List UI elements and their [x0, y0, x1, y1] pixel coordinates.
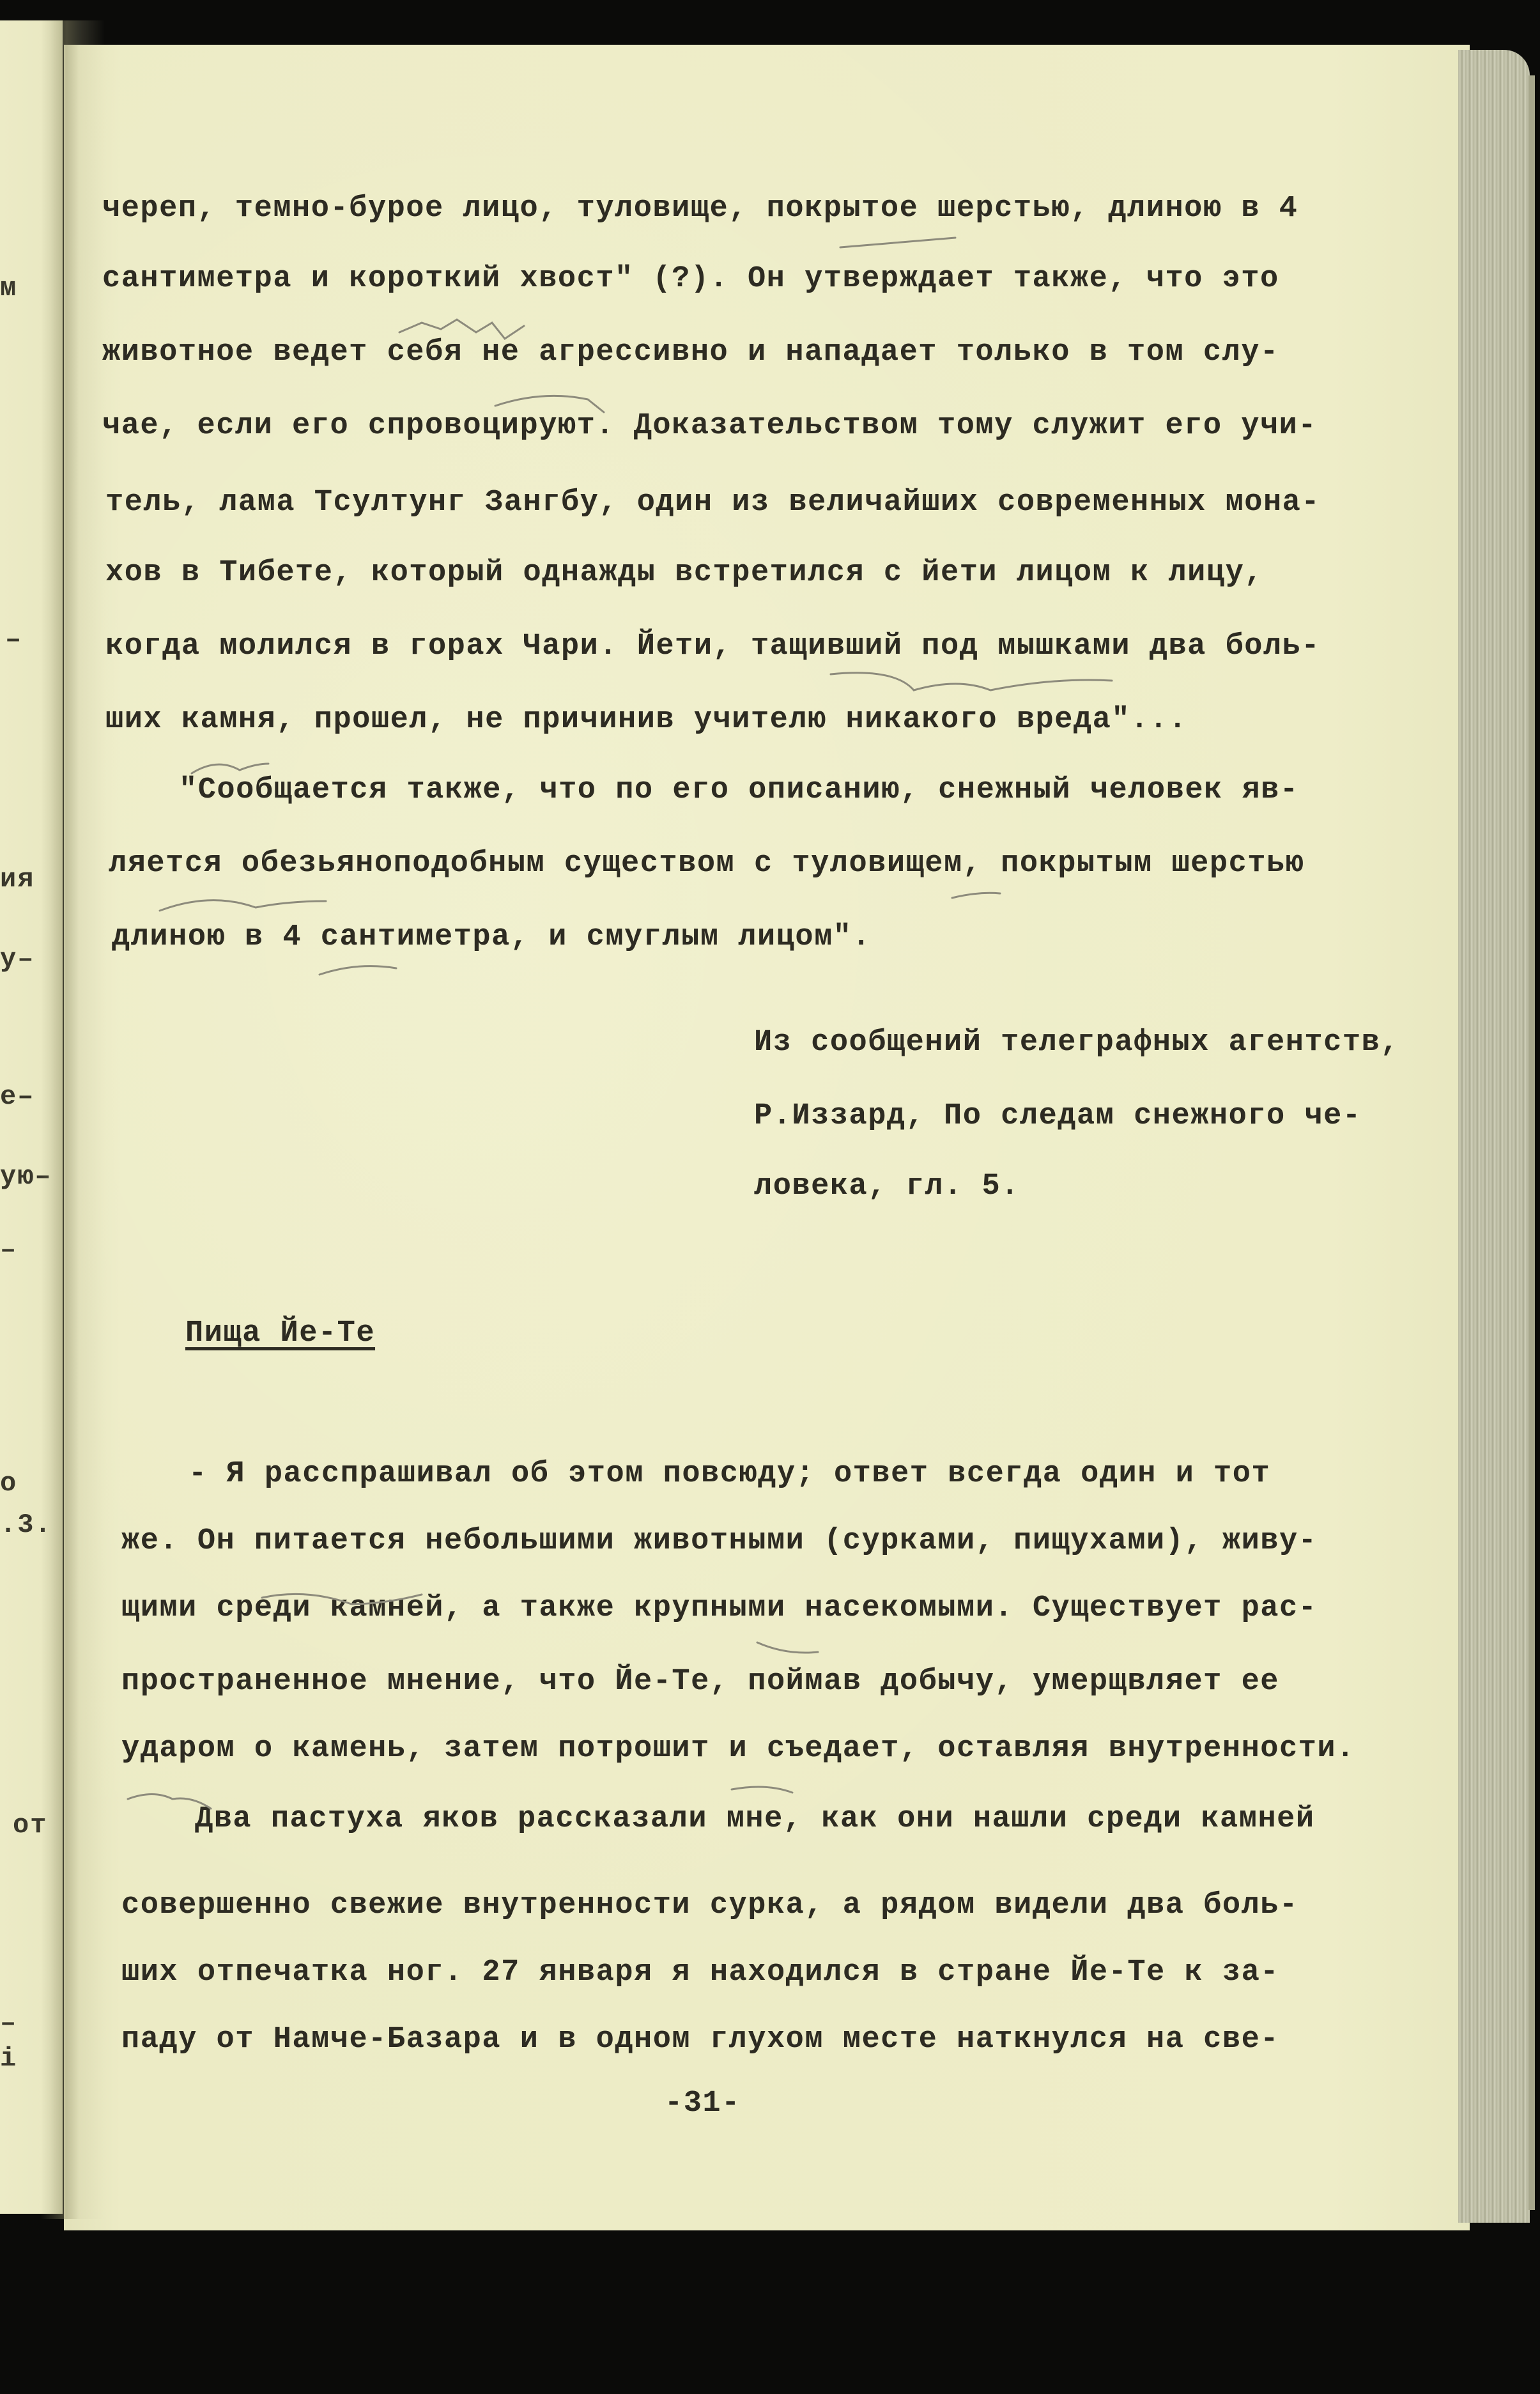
text-line: совершенно свежие внутренности сурка, а … [121, 1888, 1298, 1922]
text-line: ших отпечатка ног. 27 января я находился… [121, 1956, 1279, 1989]
text-line: ших камня, прошел, не причинив учителю н… [105, 703, 1187, 737]
text-line: ляется обезьяноподобным существом с туло… [109, 847, 1304, 881]
text-line: ударом о камень, затем потрошит и съедае… [121, 1732, 1355, 1766]
text-line: животное ведет себя не агрессивно и напа… [102, 336, 1279, 369]
text-line: сантиметра и короткий хвост" (?). Он утв… [102, 262, 1279, 296]
text-line: паду от Намче-Базара и в одном глухом ме… [121, 2023, 1279, 2057]
text-line: "Сообщается также, что по его описанию, … [179, 773, 1299, 807]
text-line: пространенное мнение, что Йе-Те, поймав … [121, 1665, 1279, 1699]
text-line: тель, лама Тсултунг Зангбу, один из вели… [105, 486, 1320, 520]
text-line: длиною в 4 сантиметра, и смуглым лицом". [112, 920, 871, 954]
text-line: чае, если его спровоцируют. Доказательст… [102, 409, 1317, 443]
text-line: - Я расспрашивал об этом повсюду; ответ … [189, 1457, 1270, 1491]
text-line: хов в Тибете, который однажды встретился… [105, 556, 1263, 590]
section-heading: Пища Йе-Те [185, 1317, 375, 1350]
page-number: -31- [665, 2087, 741, 2120]
text-line: щими среди камней, а также крупными насе… [121, 1591, 1317, 1625]
text-line: череп, темно-бурое лицо, туловище, покры… [102, 192, 1298, 226]
page-text: череп, темно-бурое лицо, туловище, покры… [0, 0, 1540, 2394]
text-line: Два пастуха яков рассказали мне, как они… [195, 1802, 1315, 1836]
attribution-line: Р.Иззард, По следам снежного че- [754, 1099, 1362, 1133]
text-line: же. Он питается небольшими животными (су… [121, 1524, 1317, 1558]
text-line: когда молился в горах Чари. Йети, тащивш… [105, 629, 1320, 663]
attribution-line: ловека, гл. 5. [754, 1170, 1020, 1203]
attribution-line: Из сообщений телеграфных агентств, [754, 1026, 1399, 1060]
